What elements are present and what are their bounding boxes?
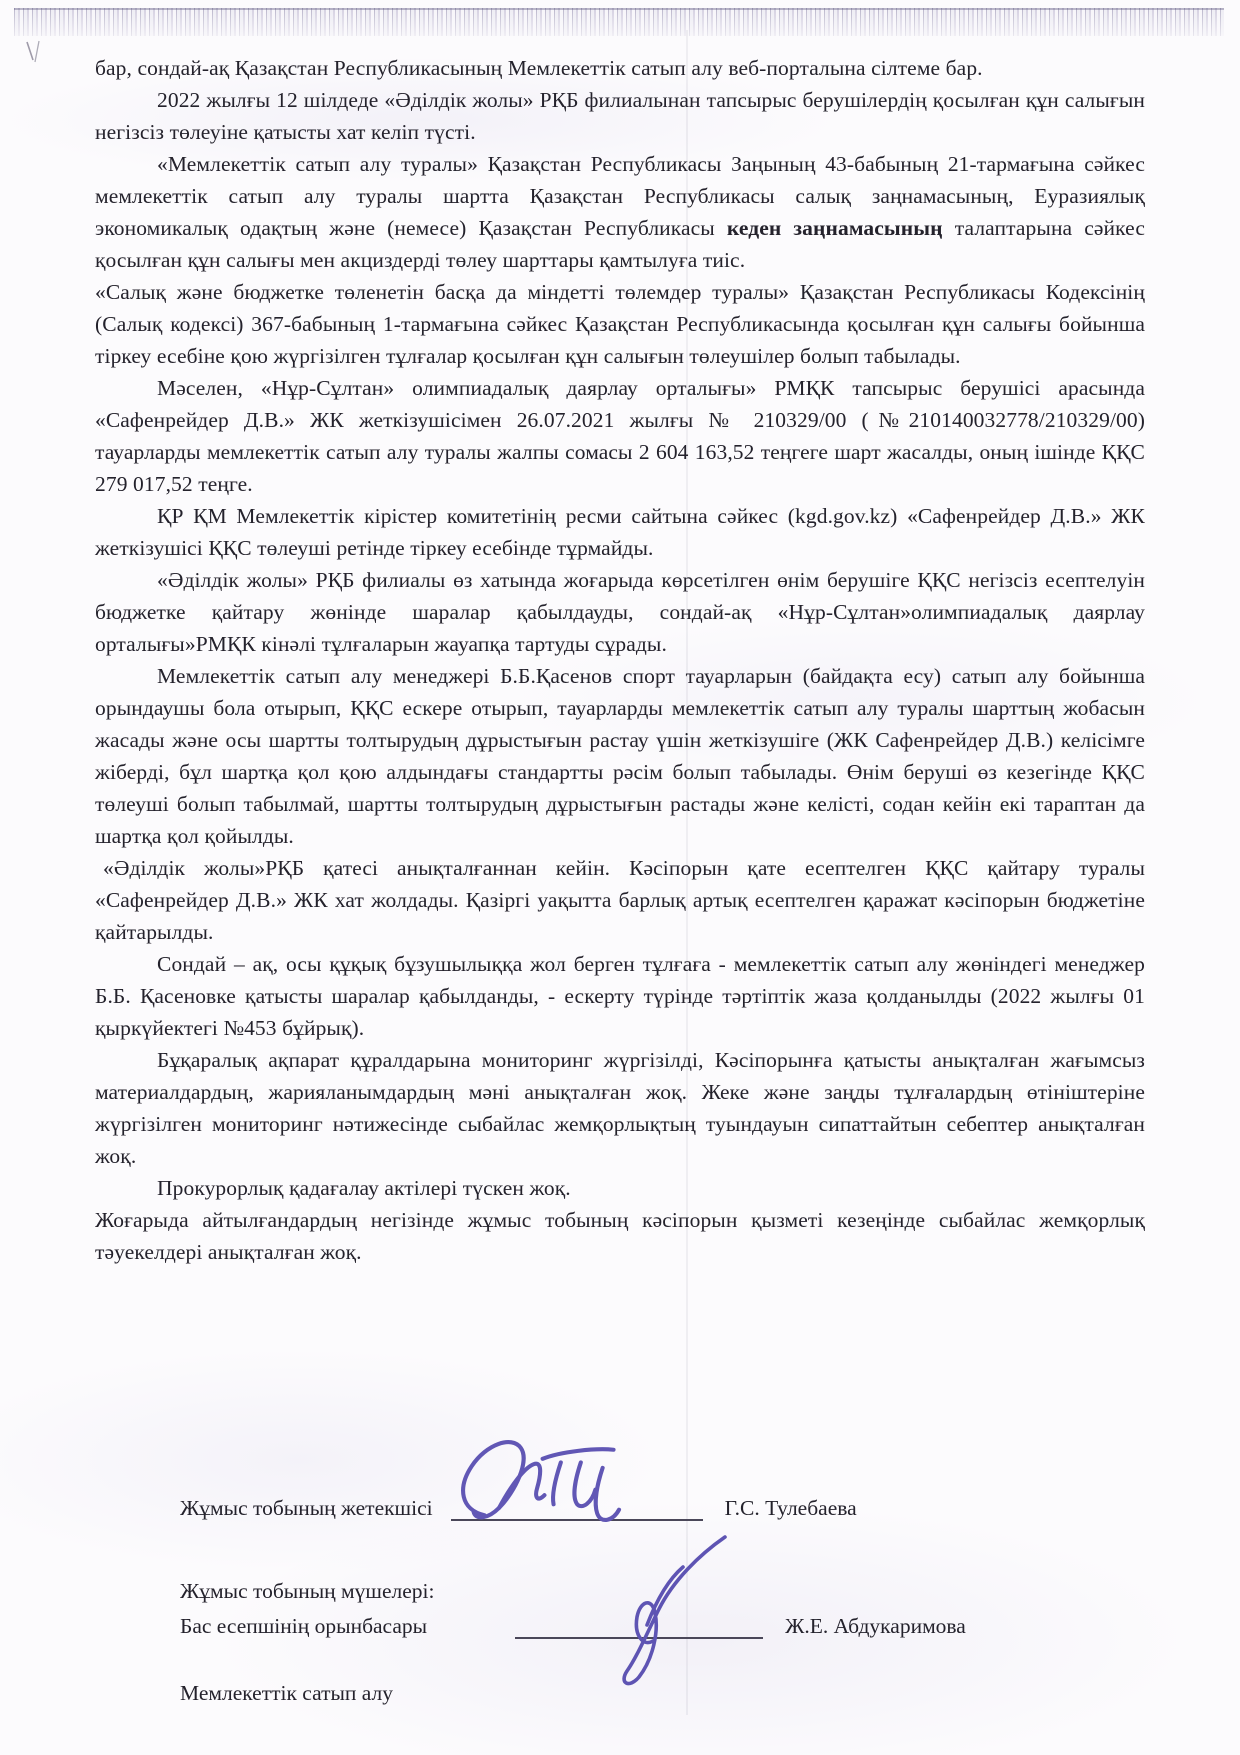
signature-squiggle-icon [607,1529,737,1689]
member-name: Ж.Е. Абдукаримова [785,1614,966,1639]
stray-pen-mark-icon [24,40,46,66]
signature-line [515,1635,763,1639]
paragraph: «Салық және бюджетке төленетін басқа да … [95,276,1145,372]
paragraph: бар, сондай-ақ Қазақстан Республикасының… [95,52,1145,84]
paragraph: Прокурорлық қадағалау актілері түскен жо… [95,1172,1145,1204]
paragraph: «Әділдік жолы»РҚБ қатесі анықталғаннан к… [95,852,1145,948]
paragraph: Жоғарыда айтылғандардың негізінде жұмыс … [95,1204,1145,1268]
paragraph: Бұқаралық ақпарат құралдарына мониторинг… [95,1044,1145,1172]
paragraph: 2022 жылғы 12 шілдеде «Әділдік жолы» РҚБ… [95,84,1145,148]
leader-signature-row: Жұмыс тобының жетекшісі Г.С. Тулебаева [180,1496,1145,1521]
body-text: бар, сондай-ақ Қазақстан Республикасының… [95,52,1145,1268]
signature-squiggle-icon [459,1431,659,1523]
leader-name: Г.С. Тулебаева [725,1496,857,1521]
scanned-document-page: бар, сондай-ақ Қазақстан Республикасының… [0,0,1240,1755]
paragraph: ҚР ҚМ Мемлекеттік кірістер комитетінің р… [95,500,1145,564]
paragraph: Мәселен, «Нұр-Сұлтан» олимпиадалық даярл… [95,372,1145,500]
scan-noise-fade [14,8,1224,48]
signature-line [451,1517,703,1521]
member-signature-row: Бас есепшінің орынбасары Ж.Е. Абдукаримо… [180,1614,1145,1639]
paragraph: Сондай – ақ, осы құқық бұзушылыққа жол б… [95,948,1145,1044]
leader-role-label: Жұмыс тобының жетекшісі [180,1496,433,1521]
paragraph: Мемлекеттік сатып алу менеджері Б.Б.Қасе… [95,660,1145,852]
paragraph: «Мемлекеттік сатып алу туралы» Қазақстан… [95,148,1145,276]
bold-phrase: кеден заңнамасының [727,216,943,240]
paragraph: «Әділдік жолы» РҚБ филиалы өз хатында жо… [95,564,1145,660]
signature-block: Жұмыс тобының жетекшісі Г.С. Тулебаева Ж… [95,1472,1145,1706]
member-role-label: Бас есепшінің орынбасары [180,1614,427,1639]
